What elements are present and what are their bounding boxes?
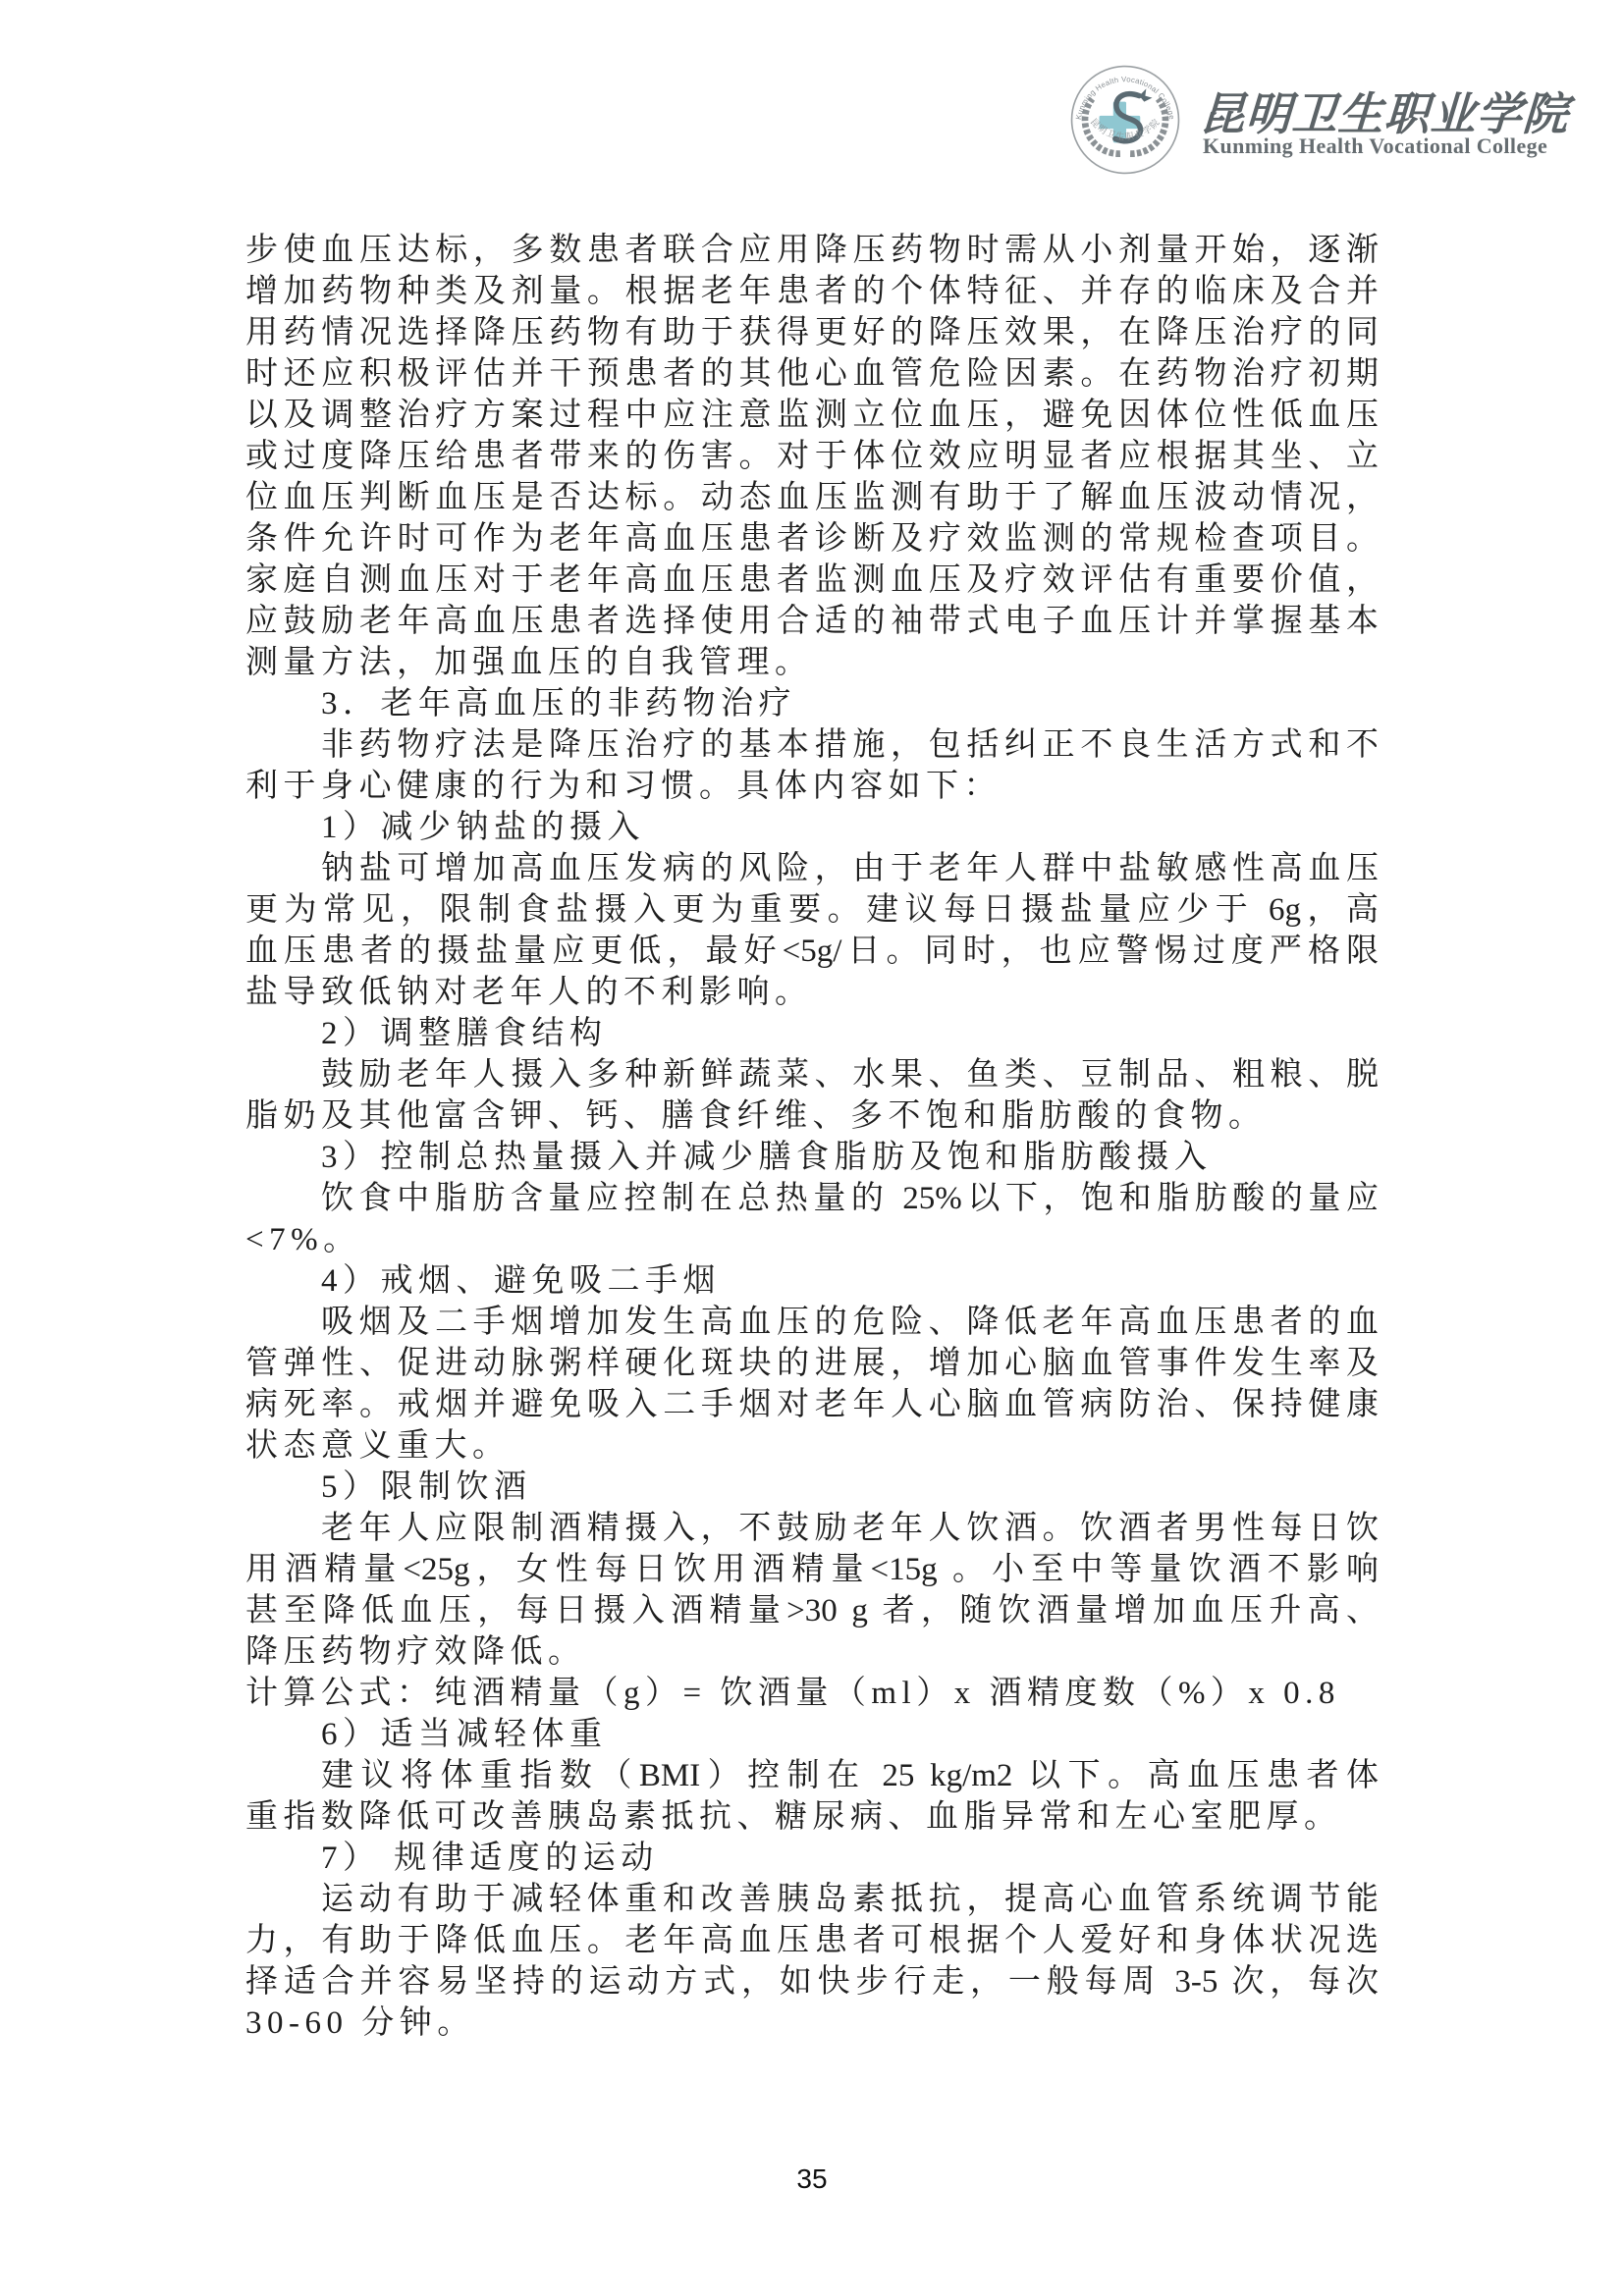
text-line: 3）控制总热量摄入并减少膳食脂肪及饱和脂肪酸摄入 (245, 1137, 1379, 1178)
text-line: 病死率。戒烟并避免吸入二手烟对老年人心脑血管病防治、保持健康 (245, 1384, 1379, 1425)
text-line: 家庭自测血压对于老年高血压患者监测血压及疗效评估有重要价值， (245, 560, 1379, 601)
text-line: 盐导致低钠对老年人的不利影响。 (245, 972, 1379, 1013)
text-line: 1）减少钠盐的摄入 (245, 807, 1379, 848)
text-line: 管弹性、促进动脉粥样硬化斑块的进展，增加心脑血管事件发生率及 (245, 1343, 1379, 1384)
text-line: 非药物疗法是降压治疗的基本措施，包括纠正不良生活方式和不 (245, 724, 1379, 766)
text-line: 时还应积极评估并干预患者的其他心血管危险因素。在药物治疗初期 (245, 353, 1379, 395)
text-line: 老年人应限制酒精摄入，不鼓励老年人饮酒。饮酒者男性每日饮 (245, 1508, 1379, 1549)
text-line: 4）戒烟、避免吸二手烟 (245, 1260, 1379, 1302)
document-page: Kunming Health Vocational College 昆明卫生职业… (0, 0, 1624, 2296)
text-line: 计算公式：纯酒精量（g）= 饮酒量（ml）x 酒精度数（%）x 0.8 (245, 1673, 1379, 1714)
text-line: 力，有助于降低血压。老年高血压患者可根据个人爱好和身体状况选 (245, 1920, 1379, 1961)
text-line: 5）限制饮酒 (245, 1467, 1379, 1508)
text-line: 运动有助于减轻体重和改善胰岛素抵抗，提高心血管系统调节能 (245, 1879, 1379, 1920)
text-line: 以及调整治疗方案过程中应注意监测立位血压，避免因体位性低血压 (245, 395, 1379, 436)
text-line: 条件允许时可作为老年高血压患者诊断及疗效监测的常规检查项目。 (245, 518, 1379, 560)
text-line: 更为常见，限制食盐摄入更为重要。建议每日摄盐量应少于 6g，高 (245, 889, 1379, 931)
text-line: 应鼓励老年高血压患者选择使用合适的袖带式电子血压计并掌握基本 (245, 601, 1379, 642)
text-line: 利于身心健康的行为和习惯。具体内容如下： (245, 766, 1379, 807)
text-line: 饮食中脂肪含量应控制在总热量的 25%以下，饱和脂肪酸的量应 (245, 1178, 1379, 1219)
text-line: 状态意义重大。 (245, 1425, 1379, 1467)
text-line: 6）适当减轻体重 (245, 1714, 1379, 1755)
document-body: 步使血压达标，多数患者联合应用降压药物时需从小剂量开始，逐渐增加药物种类及剂量。… (245, 230, 1379, 2044)
text-line: 鼓励老年人摄入多种新鲜蔬菜、水果、鱼类、豆制品、粗粮、脱 (245, 1054, 1379, 1095)
text-line: 降压药物疗效降低。 (245, 1631, 1379, 1673)
text-line: 2）调整膳食结构 (245, 1013, 1379, 1054)
text-line: 用药情况选择降压药物有助于获得更好的降压效果，在降压治疗的同 (245, 312, 1379, 353)
college-logo: Kunming Health Vocational College 昆明卫生职业… (1070, 65, 1180, 175)
text-line: 增加药物种类及剂量。根据老年患者的个体特征、并存的临床及合并 (245, 271, 1379, 312)
text-line: 步使血压达标，多数患者联合应用降压药物时需从小剂量开始，逐渐 (245, 230, 1379, 271)
text-line: 测量方法，加强血压的自我管理。 (245, 642, 1379, 683)
text-line: 建议将体重指数（BMI）控制在 25 kg/m2 以下。高血压患者体 (245, 1755, 1379, 1796)
text-line: 或过度降压给患者带来的伤害。对于体位效应明显者应根据其坐、立 (245, 436, 1379, 477)
text-line: 脂奶及其他富含钾、钙、膳食纤维、多不饱和脂肪酸的食物。 (245, 1095, 1379, 1137)
text-line: 钠盐可增加高血压发病的风险，由于老年人群中盐敏感性高血压 (245, 848, 1379, 889)
text-line: 30-60 分钟。 (245, 2002, 1379, 2044)
text-line: 重指数降低可改善胰岛素抵抗、糖尿病、血脂异常和左心室肥厚。 (245, 1796, 1379, 1838)
text-line: 血压患者的摄盐量应更低，最好<5g/日。同时，也应警惕过度严格限 (245, 931, 1379, 972)
college-name-en: Kunming Health Vocational College (1203, 133, 1547, 159)
text-line: 位血压判断血压是否达标。动态血压监测有助于了解血压波动情况， (245, 477, 1379, 518)
text-line: 甚至降低血压，每日摄入酒精量>30 g 者，随饮酒量增加血压升高、 (245, 1590, 1379, 1631)
text-line: 3．老年高血压的非药物治疗 (245, 683, 1379, 724)
text-line: 吸烟及二手烟增加发生高血压的危险、降低老年高血压患者的血 (245, 1302, 1379, 1343)
text-line: 择适合并容易坚持的运动方式，如快步行走，一般每周 3-5 次，每次 (245, 1961, 1379, 2002)
page-number: 35 (0, 2163, 1624, 2195)
text-line: 7） 规律适度的运动 (245, 1838, 1379, 1879)
text-line: 用酒精量<25g，女性每日饮用酒精量<15g 。小至中等量饮酒不影响 (245, 1549, 1379, 1590)
text-line: <7%。 (245, 1219, 1379, 1260)
